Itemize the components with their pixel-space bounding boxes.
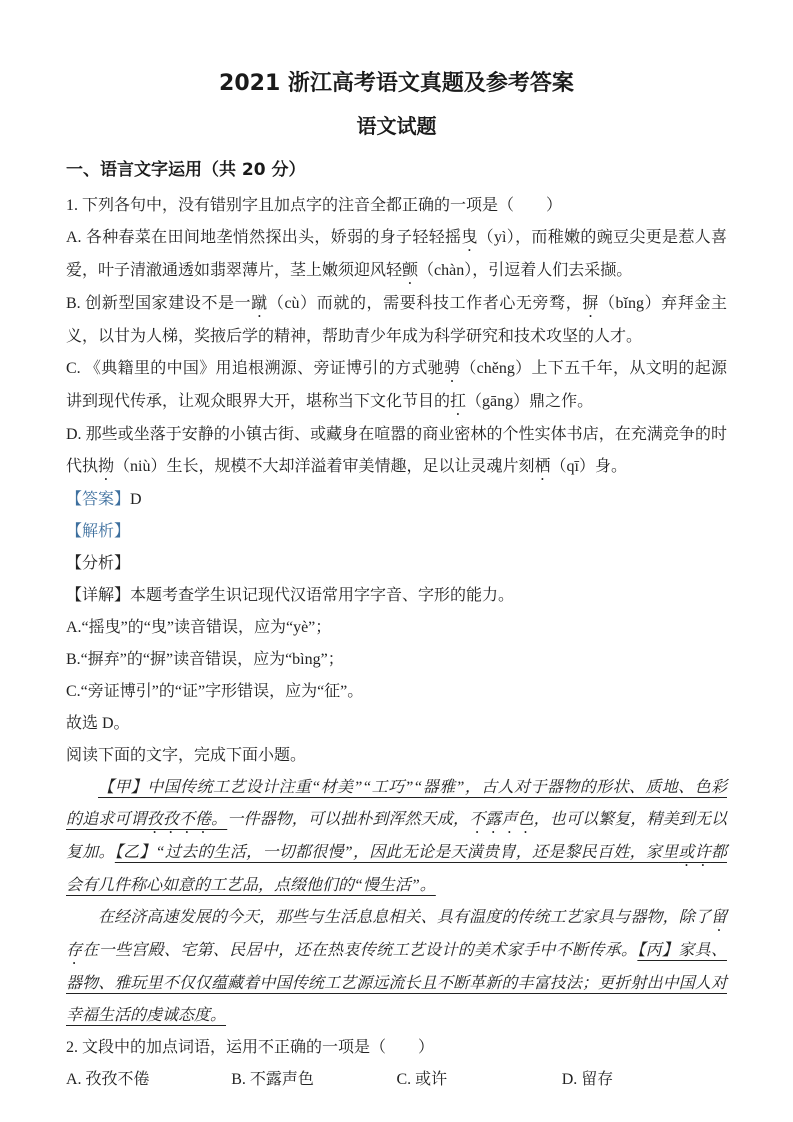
text-segment: 【分析】 [66, 555, 130, 572]
option-item: A. 孜孜不倦 [66, 1064, 231, 1096]
doc-body: 1. 下列各句中，没有错别字且加点字的注音全都正确的一项是（ ）A. 各种春菜在… [66, 190, 727, 1096]
text-segment: 或许 [678, 844, 711, 861]
text-segment: B.“摒弃”的“摒”读音错误，应为“bìng”； [66, 651, 344, 668]
text-segment: 骋 [444, 360, 460, 377]
text-segment: 阅读下面的文字，完成下面小题。 [66, 747, 306, 764]
text-segment: 孜孜不倦 [147, 811, 212, 828]
question-1-option-a: A. 各种春菜在田间地垄悄然探出头，娇弱的身子轻轻摇曳（yì），而稚嫩的豌豆尖更… [66, 222, 727, 288]
option-item: C. 或许 [397, 1064, 562, 1096]
explanation-c: C.“旁证博引”的“证”字形错误，应为“征”。 [66, 676, 727, 708]
text-segment: 一件器物，可以拙朴到浑然天成， [227, 811, 469, 828]
reading-instruction: 阅读下面的文字，完成下面小题。 [66, 740, 727, 772]
text-segment: （gāng）鼎之作。 [466, 393, 593, 410]
explanation-b: B.“摒弃”的“摒”读音错误，应为“bìng”； [66, 644, 727, 676]
text-segment: C. 《典籍里的中国》用追根溯源、旁证博引的方式驰 [66, 360, 444, 377]
text-segment: C.“旁证博引”的“证”字形错误，应为“征”。 [66, 683, 363, 700]
question-1-stem: 1. 下列各句中，没有错别字且加点字的注音全都正确的一项是（ ） [66, 190, 727, 222]
question-2-options: A. 孜孜不倦B. 不露声色C. 或许D. 留存 [66, 1064, 727, 1096]
detail-explanation-line: 【详解】本题考查学生识记现代汉语常用字字音、字形的能力。 [66, 580, 727, 612]
text-segment: B. 创新型国家建设不是一 [66, 295, 251, 312]
text-segment: （cù）而就的，需要科技工作者心无旁骛， [268, 295, 582, 312]
text-segment: 不露声色 [469, 811, 534, 828]
label-bracket-text: 【解析】 [66, 523, 130, 540]
text-segment: 。 [211, 811, 227, 828]
text-segment: 在一些宫殿、宅第、民居中，还在热衷传统工艺设计的美术家手中不断传承。 [82, 942, 637, 959]
text-segment: （niù）生长，规模不大却洋溢着审美情趣，足以让灵魂片刻 [114, 458, 534, 475]
text-segment: 故选 D。 [66, 715, 130, 732]
text-segment: 扛 [450, 393, 466, 410]
answer-label-line: 【答案】D [66, 484, 727, 516]
label-bracket-text: 【答案】 [66, 491, 130, 508]
passage-paragraph-2: 在经济高速发展的今天，那些与生活息息相关、具有温度的传统工艺家具与器物，除了留存… [66, 902, 727, 1032]
explanation-a: A.“摇曳”的“曳”读音错误，应为“yè”； [66, 612, 727, 644]
doc-subtitle: 语文试题 [66, 113, 727, 139]
option-item: D. 留存 [562, 1064, 727, 1096]
question-2-stem: 2. 文段中的加点词语，运用不正确的一项是（ ） [66, 1032, 727, 1064]
document-page: 2021 浙江高考语文真题及参考答案 语文试题 一、语言文字运用（共 20 分）… [0, 0, 793, 1122]
text-segment: （qī）身。 [551, 458, 627, 475]
text-segment: 【详解】本题考查学生识记现代汉语常用字字音、字形的能力。 [66, 587, 514, 604]
text-segment: 摒 [582, 295, 599, 312]
option-item: B. 不露声色 [231, 1064, 396, 1096]
text-segment: 2. 文段中的加点词语，运用不正确的一项是（ ） [66, 1039, 434, 1056]
text-segment: 颤 [402, 262, 418, 279]
passage-paragraph-1: 【甲】中国传统工艺设计注重“材美”“工巧”“器雅”，古人对于器物的形状、质地、色… [66, 772, 727, 902]
text-segment: A. 各种春菜在田间地垄悄然探出头，娇弱的身子轻轻摇 [66, 229, 461, 246]
text-segment: D [130, 491, 142, 508]
analysis-label-line: 【解析】 [66, 516, 727, 548]
text-segment: 栖 [534, 458, 550, 475]
doc-title: 2021 浙江高考语文真题及参考答案 [66, 70, 727, 98]
question-1-option-b: B. 创新型国家建设不是一蹴（cù）而就的，需要科技工作者心无旁骛，摒（bǐng… [66, 288, 727, 353]
text-segment: （chàn），引逗着人们去采撷。 [418, 262, 632, 279]
text-segment: 曳 [461, 229, 477, 246]
question-1-option-d: D. 那些或坐落于安静的小镇古街、或藏身在喧嚣的商业密林的个性实体书店，在充满竞… [66, 419, 727, 484]
text-segment: A.“摇曳”的“曳”读音错误，应为“yè”； [66, 619, 331, 636]
text-segment: 蹴 [251, 295, 268, 312]
text-segment: 【乙】“过去的生活，一切都很慢”，因此无论是天潢贵胄，还是黎民百姓，家里 [115, 844, 679, 861]
section-heading: 一、语言文字运用（共 20 分） [66, 156, 727, 184]
question-1-option-c: C. 《典籍里的中国》用追根溯源、旁证博引的方式驰骋（chěng）上下五千年，从… [66, 353, 727, 419]
text-segment: 1. 下列各句中，没有错别字且加点字的注音全都正确的一项是（ ） [66, 197, 562, 214]
conclusion-line: 故选 D。 [66, 708, 727, 740]
fenxi-label-line: 【分析】 [66, 548, 727, 580]
text-segment: 拗 [98, 458, 114, 475]
text-segment: 在经济高速发展的今天，那些与生活息息相关、具有温度的传统工艺家具与器物，除了 [98, 909, 711, 926]
